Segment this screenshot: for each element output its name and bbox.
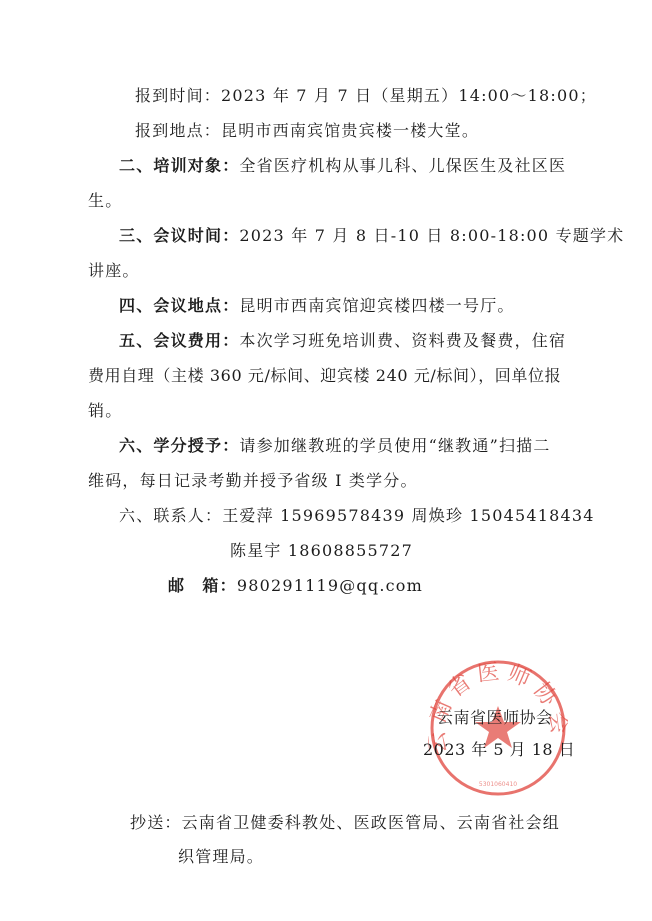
registration-time-value: 2023 年 7 月 7 日（星期五）14:00～18:00； [221, 86, 597, 105]
official-seal-icon: 云南省医师协会 5301060410 [428, 658, 568, 798]
section-text-cont: 生。 [88, 191, 122, 211]
section-text-cont: 销。 [88, 401, 122, 421]
section-heading: 四、会议地点： [119, 296, 239, 315]
section-heading: 六、联系人： [119, 506, 222, 525]
registration-place: 报到地点：昆明市西南宾馆贵宾楼一楼大堂。 [135, 121, 479, 141]
section-contacts: 六、联系人：王爱萍 15969578439 周焕珍 15045418434 [119, 506, 595, 526]
section-credits: 六、学分授予：请参加继教班的学员使用“继教通”扫描二 [119, 436, 551, 456]
section-text-cont: 维码，每日记录考勤并授予省级 I 类学分。 [88, 471, 418, 491]
section-text: 全省医疗机构从事儿科、儿保医生及社区医 [239, 156, 566, 175]
section-meeting-time: 三、会议时间：2023 年 7 月 8 日-10 日 8:00-18:00 专题… [119, 226, 624, 246]
registration-time-label: 报到时间： [135, 86, 221, 105]
section-text: 昆明市西南宾馆迎宾楼四楼一号厅。 [239, 296, 514, 315]
signature-date: 2023 年 5 月 18 日 [423, 740, 575, 760]
section-text: 请参加继教班的学员使用“继教通”扫描二 [239, 436, 550, 455]
registration-place-label: 报到地点： [135, 121, 221, 140]
email-row: 邮 箱：980291119@qq.com [168, 576, 423, 596]
section-heading: 六、学分授予： [119, 436, 239, 455]
email-value[interactable]: 980291119@qq.com [237, 576, 423, 595]
section-text: 本次学习班免培训费、资料费及餐费，住宿 [239, 331, 566, 350]
section-trainees: 二、培训对象：全省医疗机构从事儿科、儿保医生及社区医 [119, 156, 566, 176]
cc-text: 云南省卫健委科教处、医政医管局、云南省社会组 [182, 813, 560, 832]
cc-row: 抄送：云南省卫健委科教处、医政医管局、云南省社会组 [130, 813, 560, 833]
section-heading: 三、会议时间： [119, 226, 239, 245]
section-meeting-fee: 五、会议费用：本次学习班免培训费、资料费及餐费，住宿 [119, 331, 566, 351]
registration-place-value: 昆明市西南宾馆贵宾楼一楼大堂。 [221, 121, 479, 140]
section-text-cont: 讲座。 [88, 261, 140, 281]
registration-time: 报到时间：2023 年 7 月 7 日（星期五）14:00～18:00； [135, 86, 597, 106]
contact-list-cont: 陈星宇 18608855727 [230, 541, 413, 561]
contact-list: 王爱萍 15969578439 周焕珍 15045418434 [222, 506, 594, 525]
section-heading: 五、会议费用： [119, 331, 239, 350]
section-heading: 二、培训对象： [119, 156, 239, 175]
section-text: 2023 年 7 月 8 日-10 日 8:00-18:00 专题学术 [239, 226, 624, 245]
svg-text:5301060410: 5301060410 [479, 781, 517, 788]
email-label: 邮 箱： [168, 576, 237, 595]
signature-org: 云南省医师协会 [437, 708, 553, 728]
cc-label: 抄送： [130, 813, 182, 832]
section-text-cont: 费用自理（主楼 360 元/标间、迎宾楼 240 元/标间），回单位报 [88, 366, 561, 386]
section-meeting-place: 四、会议地点：昆明市西南宾馆迎宾楼四楼一号厅。 [119, 296, 515, 316]
cc-text-cont: 织管理局。 [178, 847, 264, 867]
